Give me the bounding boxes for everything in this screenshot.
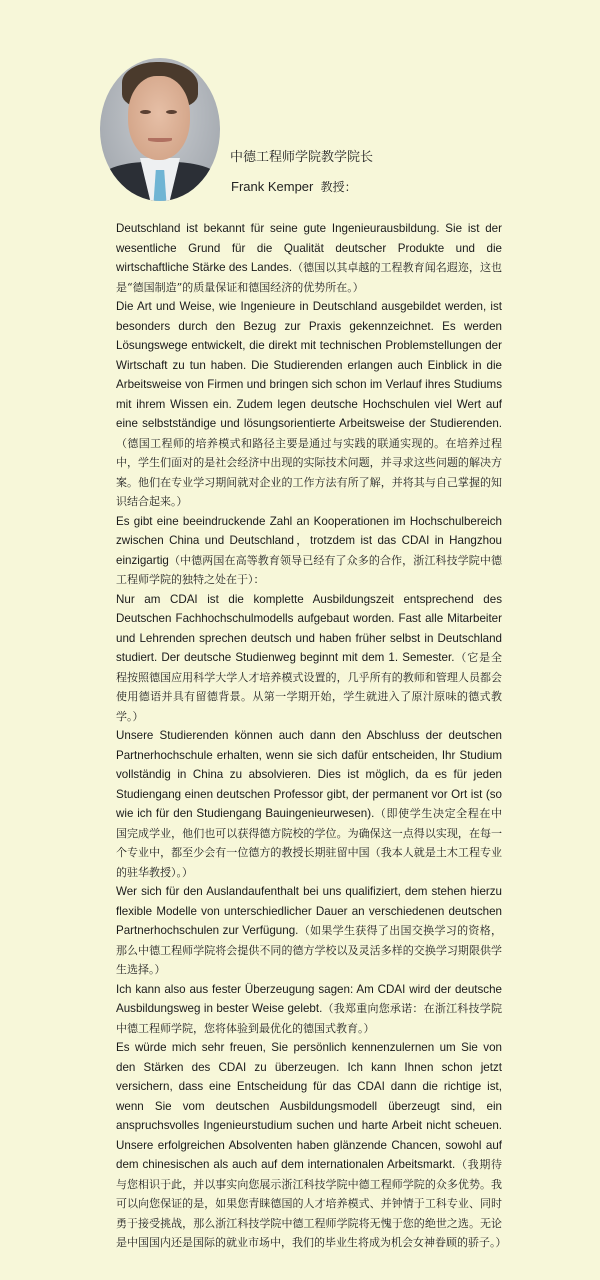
portrait-eye: [140, 110, 151, 114]
letter-body: Deutschland ist bekannt für seine gute I…: [116, 219, 502, 1253]
paragraph-cn: （中德两国在高等教育领导已经有了众多的合作，浙江科技学院中德工程师学院的独特之处…: [116, 554, 502, 587]
portrait-face: [128, 76, 190, 160]
dean-name: Frank Kemper: [231, 179, 313, 194]
paragraph: Es würde mich sehr freuen, Sie persönlic…: [116, 1038, 502, 1253]
paragraph: Deutschland ist bekannt für seine gute I…: [116, 219, 502, 297]
paragraph: Es gibt eine beeindruckende Zahl an Koop…: [116, 512, 502, 590]
paragraph-de: Es würde mich sehr freuen, Sie persönlic…: [116, 1041, 502, 1171]
paragraph: Wer sich für den Auslandaufenthalt bei u…: [116, 882, 502, 980]
portrait-photo: [100, 58, 220, 201]
dean-name-line: Frank Kemper 教授：: [231, 178, 357, 195]
paragraph: Unsere Studierenden können auch dann den…: [116, 726, 502, 882]
dean-honorific: 教授：: [321, 180, 357, 194]
portrait-mouth: [148, 138, 172, 142]
paragraph-de: Die Art und Weise, wie Ingenieure in Deu…: [116, 300, 502, 430]
paragraph-cn: （我期待与您相识于此，并以事实向您展示浙江科技学院中德工程师学院的众多优势。我可…: [116, 1158, 507, 1249]
dean-title: 中德工程师学院教学院长: [230, 146, 373, 165]
paragraph: Ich kann also aus fester Überzeugung sag…: [116, 980, 502, 1039]
paragraph-de: Nur am CDAI ist die komplette Ausbildung…: [116, 593, 502, 665]
portrait-eye: [166, 110, 177, 114]
paragraph-cn: （德国工程师的培养模式和路径主要是通过与实践的联通实现的。在培养过程中，学生们面…: [116, 437, 502, 509]
paragraph: Nur am CDAI ist die komplette Ausbildung…: [116, 590, 502, 727]
paragraph: Die Art und Weise, wie Ingenieure in Deu…: [116, 297, 502, 512]
